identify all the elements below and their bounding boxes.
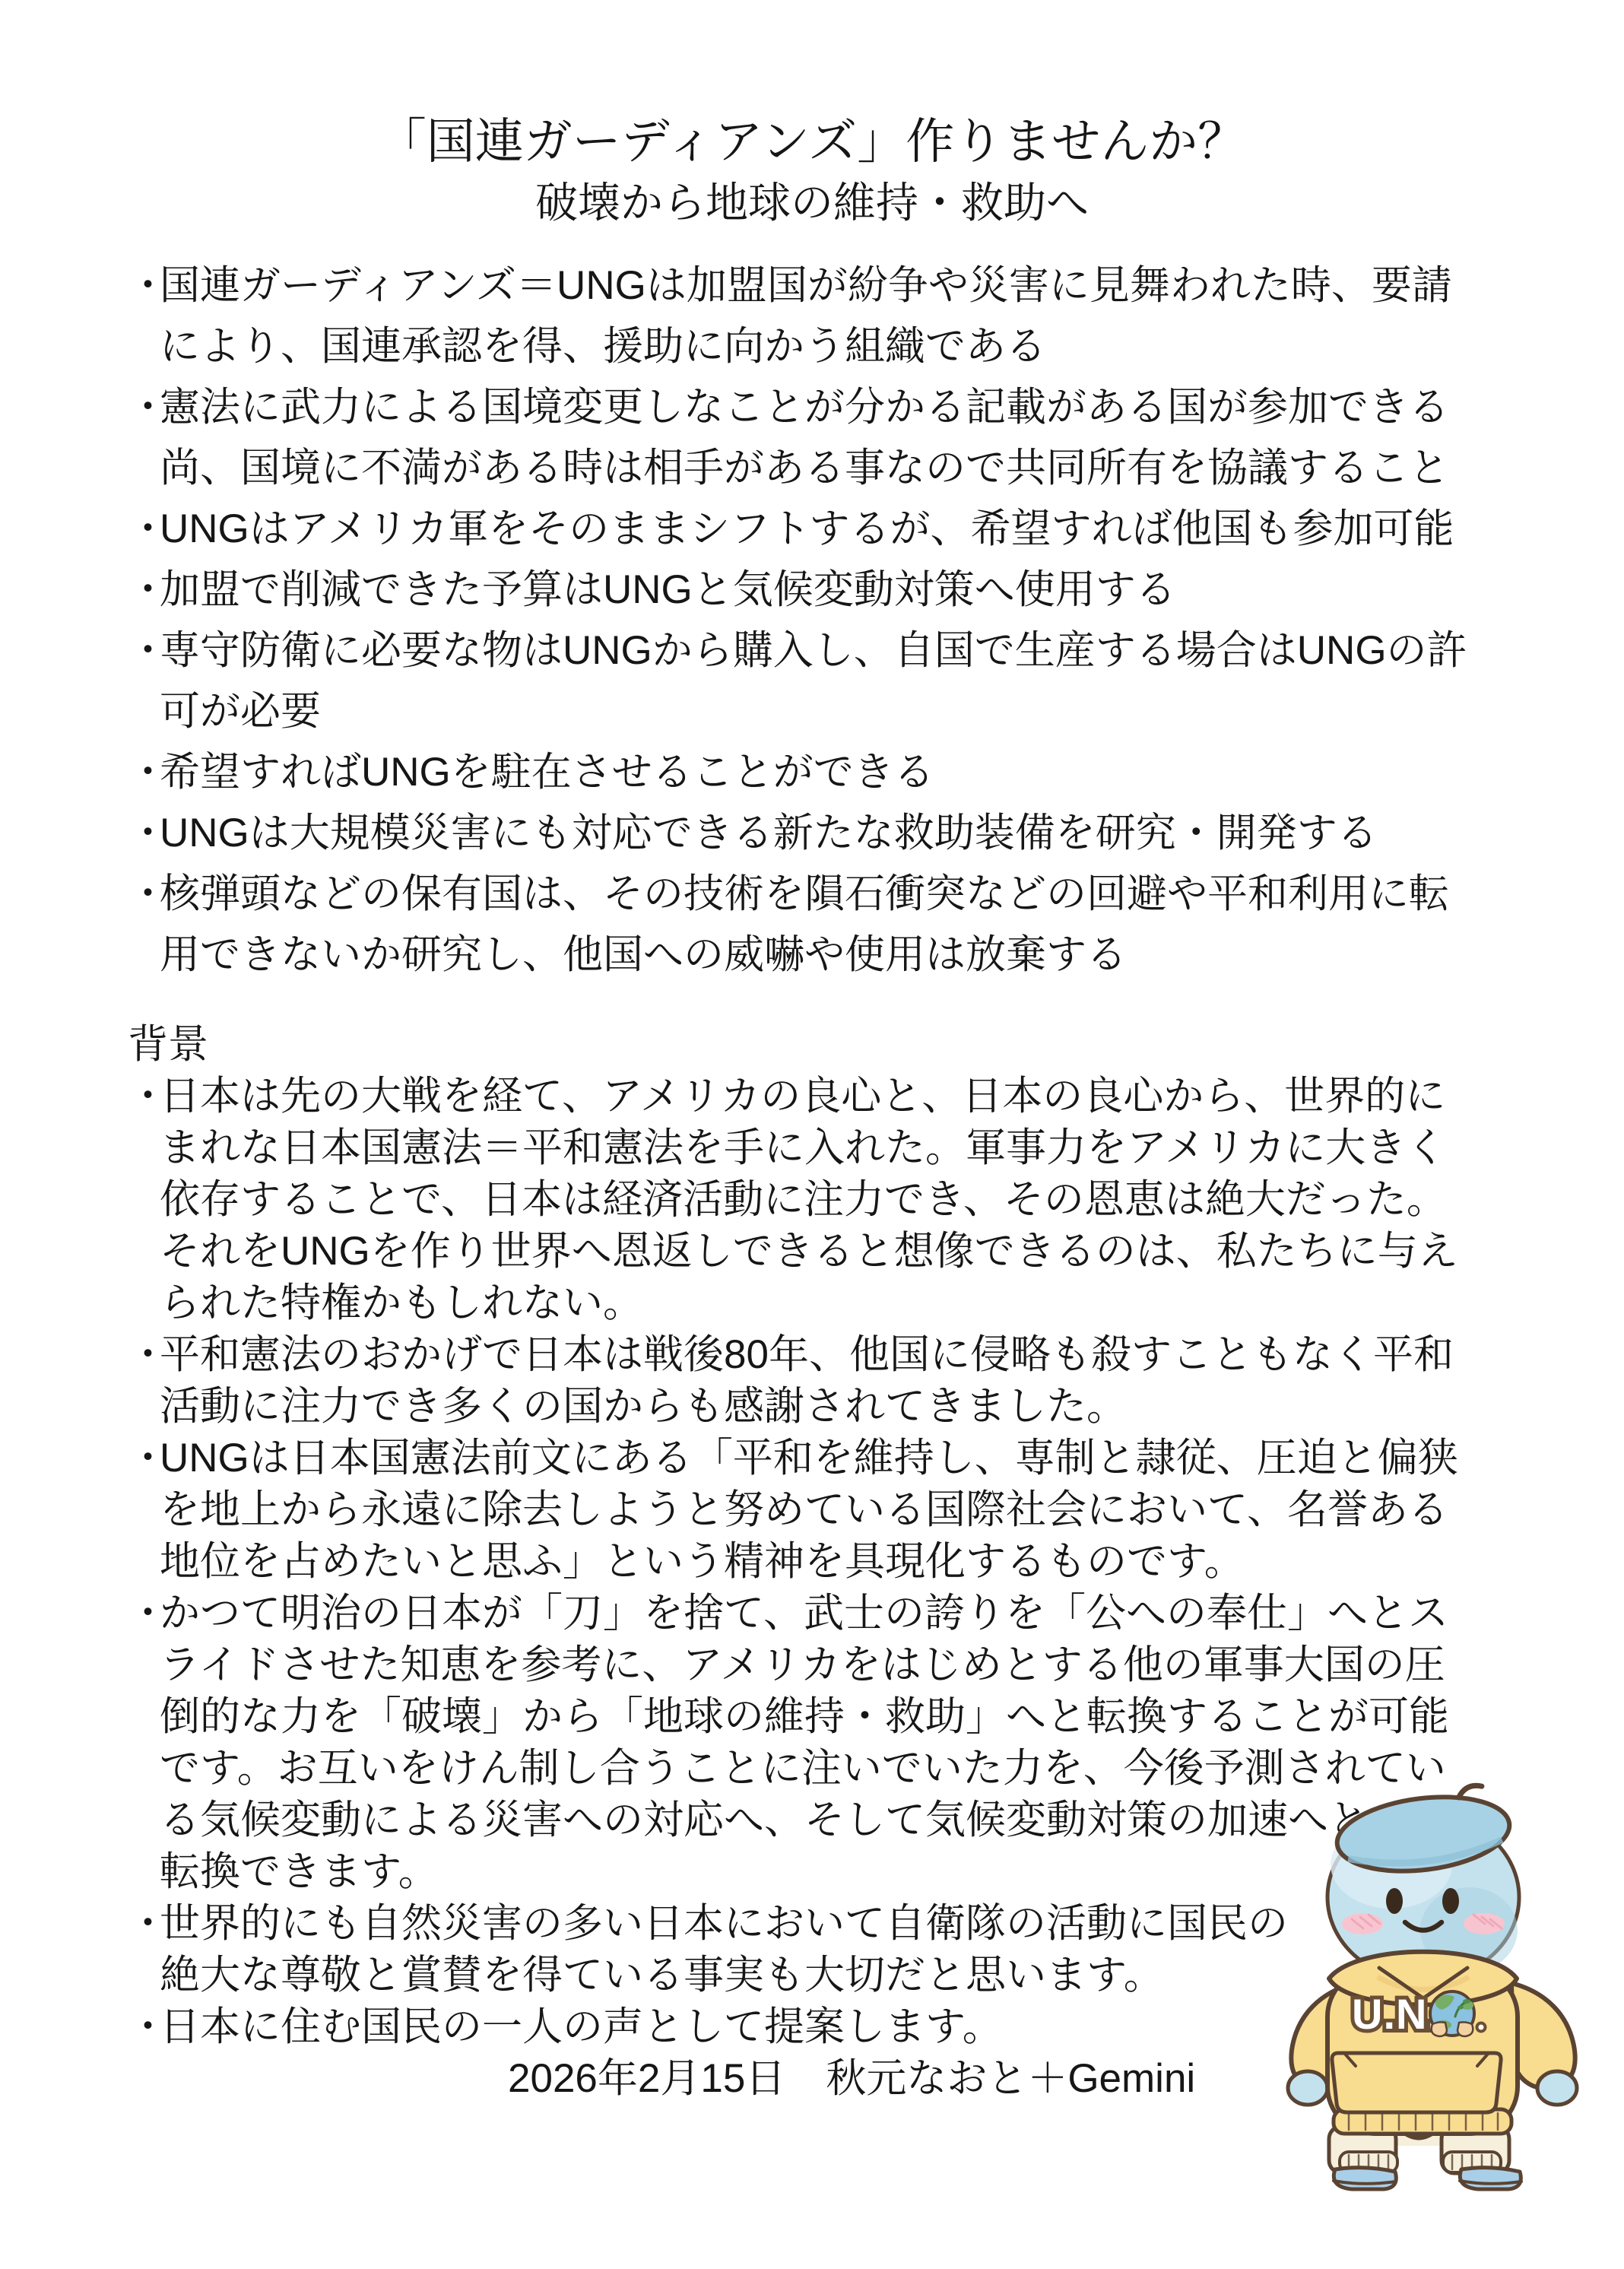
bullet-marker: ・ <box>128 742 160 803</box>
bullet-marker: ・ <box>128 499 160 560</box>
list-item: ・ UNGは日本国憲法前文にある「平和を維持し、専制と隷従、圧迫と偏狭 を地上か… <box>128 1433 1548 1588</box>
text-line: 憲法に武力による国境変更しなことが分かる記載がある国が参加できる <box>160 377 1548 438</box>
text-line: 依存することで、日本は経済活動に注力でき、その恩恵は絶大だった。 <box>160 1174 1548 1226</box>
list-item-text: 憲法に武力による国境変更しなことが分かる記載がある国が参加できる 尚、国境に不満… <box>160 377 1548 499</box>
list-item: ・ 国連ガーディアンズ＝UNGは加盟国が紛争や災害に見舞われた時、要請 により、… <box>128 255 1548 377</box>
list-item: ・ UNGはアメリカ軍をそのままシフトするが、希望すれば他国も参加可能 <box>128 499 1548 560</box>
text-line: 国連ガーディアンズ＝UNGは加盟国が紛争や災害に見舞われた時、要請 <box>160 255 1548 316</box>
hoodie-text-period <box>1477 2023 1486 2032</box>
text-line: を地上から永遠に除去しようと努めている国際社会において、名誉ある <box>160 1484 1548 1536</box>
list-item: ・ 専守防衛に必要な物はUNGから購入し、自国で生産する場合はUNGの許 可が必… <box>128 620 1548 742</box>
text-line: かつて明治の日本が「刀」を捨て、武士の誇りを「公への奉仕」へとス <box>160 1588 1548 1639</box>
text-line: 用できないか研究し、他国への威嚇や使用は放棄する <box>160 925 1548 985</box>
bullet-marker: ・ <box>128 560 160 620</box>
bullet-marker: ・ <box>128 620 160 742</box>
list-item: ・ UNGは大規模災害にも対応できる新たな救助装備を研究・開発する <box>128 803 1548 864</box>
text-line: UNGは大規模災害にも対応できる新たな救助装備を研究・開発する <box>160 803 1548 864</box>
bullet-marker: ・ <box>128 1588 160 1898</box>
text-line: 希望すればUNGを駐在させることができる <box>160 742 1548 803</box>
list-item-text: 核弾頭などの保有国は、その技術を隕石衝突などの回避や平和利用に転 用できないか研… <box>160 864 1548 985</box>
mascot-left-eye <box>1386 1888 1403 1914</box>
globe-left-hand <box>1432 2022 1447 2036</box>
list-item: ・ 日本は先の大戦を経て、アメリカの良心と、日本の良心から、世界的に まれな日本… <box>128 1071 1548 1329</box>
mascot-hoodie-pocket <box>1332 2053 1501 2112</box>
mascot-left-hand <box>1288 2071 1327 2105</box>
bullet-marker: ・ <box>128 1898 160 2001</box>
text-line: 活動に注力でき多くの国からも感謝されてきました。 <box>160 1381 1548 1433</box>
globe-right-hand <box>1457 2022 1473 2036</box>
mascot-beret-stem <box>1457 1785 1483 1798</box>
list-item-text: 希望すればUNGを駐在させることができる <box>160 742 1548 803</box>
list-item-text: 専守防衛に必要な物はUNGから購入し、自国で生産する場合はUNGの許 可が必要 <box>160 620 1548 742</box>
list-item-text: 加盟で削減できた予算はUNGと気候変動対策へ使用する <box>160 560 1548 620</box>
hoodie-text: U.N. <box>1352 1990 1440 2038</box>
text-line: 尚、国境に不満がある時は相手がある事なので共同所有を協議すること <box>160 438 1548 499</box>
text-line: まれな日本国憲法＝平和憲法を手に入れた。軍事力をアメリカに大きく <box>160 1122 1548 1174</box>
text-line: 倒的な力を「破壊」から「地球の維持・救助」へと転換することが可能 <box>160 1691 1548 1743</box>
list-item: ・ 加盟で削減できた予算はUNGと気候変動対策へ使用する <box>128 560 1548 620</box>
mascot-right-hand <box>1537 2071 1577 2105</box>
text-line: UNGはアメリカ軍をそのままシフトするが、希望すれば他国も参加可能 <box>160 499 1548 560</box>
text-line: ライドさせた知恵を参考に、アメリカをはじめとする他の軍事大国の圧 <box>160 1639 1548 1691</box>
list-item: ・ 平和憲法のおかげで日本は戦後80年、他国に侵略も殺すこともなく平和 活動に注… <box>128 1329 1548 1433</box>
text-line: 専守防衛に必要な物はUNGから購入し、自国で生産する場合はUNGの許 <box>160 620 1548 681</box>
list-item: ・ 希望すればUNGを駐在させることができる <box>128 742 1548 803</box>
page-subtitle: 破壊から地球の維持・救助へ <box>0 177 1624 228</box>
text-line: により、国連承認を得、援助に向かう組織である <box>160 316 1548 377</box>
globe-icon <box>1430 1991 1474 2036</box>
bullet-marker: ・ <box>128 377 160 499</box>
list-item-text: 日本は先の大戦を経て、アメリカの良心と、日本の良心から、世界的に まれな日本国憲… <box>160 1071 1548 1329</box>
list-item: ・ 憲法に武力による国境変更しなことが分かる記載がある国が参加できる 尚、国境に… <box>128 377 1548 499</box>
document-page: 「国連ガーディアンズ」作りませんか？ 破壊から地球の維持・救助へ ・ 国連ガーデ… <box>0 0 1624 2269</box>
background-heading: 背景 <box>128 1019 1624 1071</box>
list-item-text: UNGは日本国憲法前文にある「平和を維持し、専制と隷従、圧迫と偏狭 を地上から永… <box>160 1433 1548 1588</box>
bullet-marker: ・ <box>128 255 160 377</box>
list-item: ・ 核弾頭などの保有国は、その技術を隕石衝突などの回避や平和利用に転 用できない… <box>128 864 1548 985</box>
text-line: 地位を占めたいと思ふ」という精神を具現化するものです。 <box>160 1536 1548 1588</box>
mascot-right-shoe <box>1460 2168 1521 2189</box>
list-item-text: 平和憲法のおかげで日本は戦後80年、他国に侵略も殺すこともなく平和 活動に注力で… <box>160 1329 1548 1433</box>
text-line: UNGは日本国憲法前文にある「平和を維持し、専制と隷従、圧迫と偏狭 <box>160 1433 1548 1484</box>
bullet-marker: ・ <box>128 864 160 985</box>
text-line: 平和憲法のおかげで日本は戦後80年、他国に侵略も殺すこともなく平和 <box>160 1329 1548 1381</box>
text-line: られた特権かもしれない。 <box>160 1277 1548 1329</box>
bullet-marker: ・ <box>128 803 160 864</box>
mascot-left-blush <box>1342 1913 1383 1934</box>
mascot-left-shoe <box>1334 2168 1396 2189</box>
text-line: 核弾頭などの保有国は、その技術を隕石衝突などの回避や平和利用に転 <box>160 864 1548 925</box>
page-title: 「国連ガーディアンズ」作りませんか？ <box>0 113 1624 171</box>
bullet-marker: ・ <box>128 1329 160 1433</box>
text-line: 加盟で削減できた予算はUNGと気候変動対策へ使用する <box>160 560 1548 620</box>
proposal-bullet-list: ・ 国連ガーディアンズ＝UNGは加盟国が紛争や災害に見舞われた時、要請 により、… <box>128 255 1548 985</box>
text-line: 日本は先の大戦を経て、アメリカの良心と、日本の良心から、世界的に <box>160 1071 1548 1122</box>
text-line: 可が必要 <box>160 681 1548 742</box>
list-item-text: UNGは大規模災害にも対応できる新たな救助装備を研究・開発する <box>160 803 1548 864</box>
mascot-illustration: U.N. <box>1285 1787 1581 2193</box>
mascot-hoodie-emblem: U.N. <box>1352 1990 1486 2038</box>
bullet-marker: ・ <box>128 2001 160 2053</box>
list-item-text: 国連ガーディアンズ＝UNGは加盟国が紛争や災害に見舞われた時、要請 により、国連… <box>160 255 1548 377</box>
list-item-text: UNGはアメリカ軍をそのままシフトするが、希望すれば他国も参加可能 <box>160 499 1548 560</box>
text-line: それをUNGを作り世界へ恩返しできると想像できるのは、私たちに与え <box>160 1226 1548 1277</box>
bullet-marker: ・ <box>128 1433 160 1588</box>
bullet-marker: ・ <box>128 1071 160 1329</box>
mascot-right-eye <box>1442 1888 1459 1914</box>
